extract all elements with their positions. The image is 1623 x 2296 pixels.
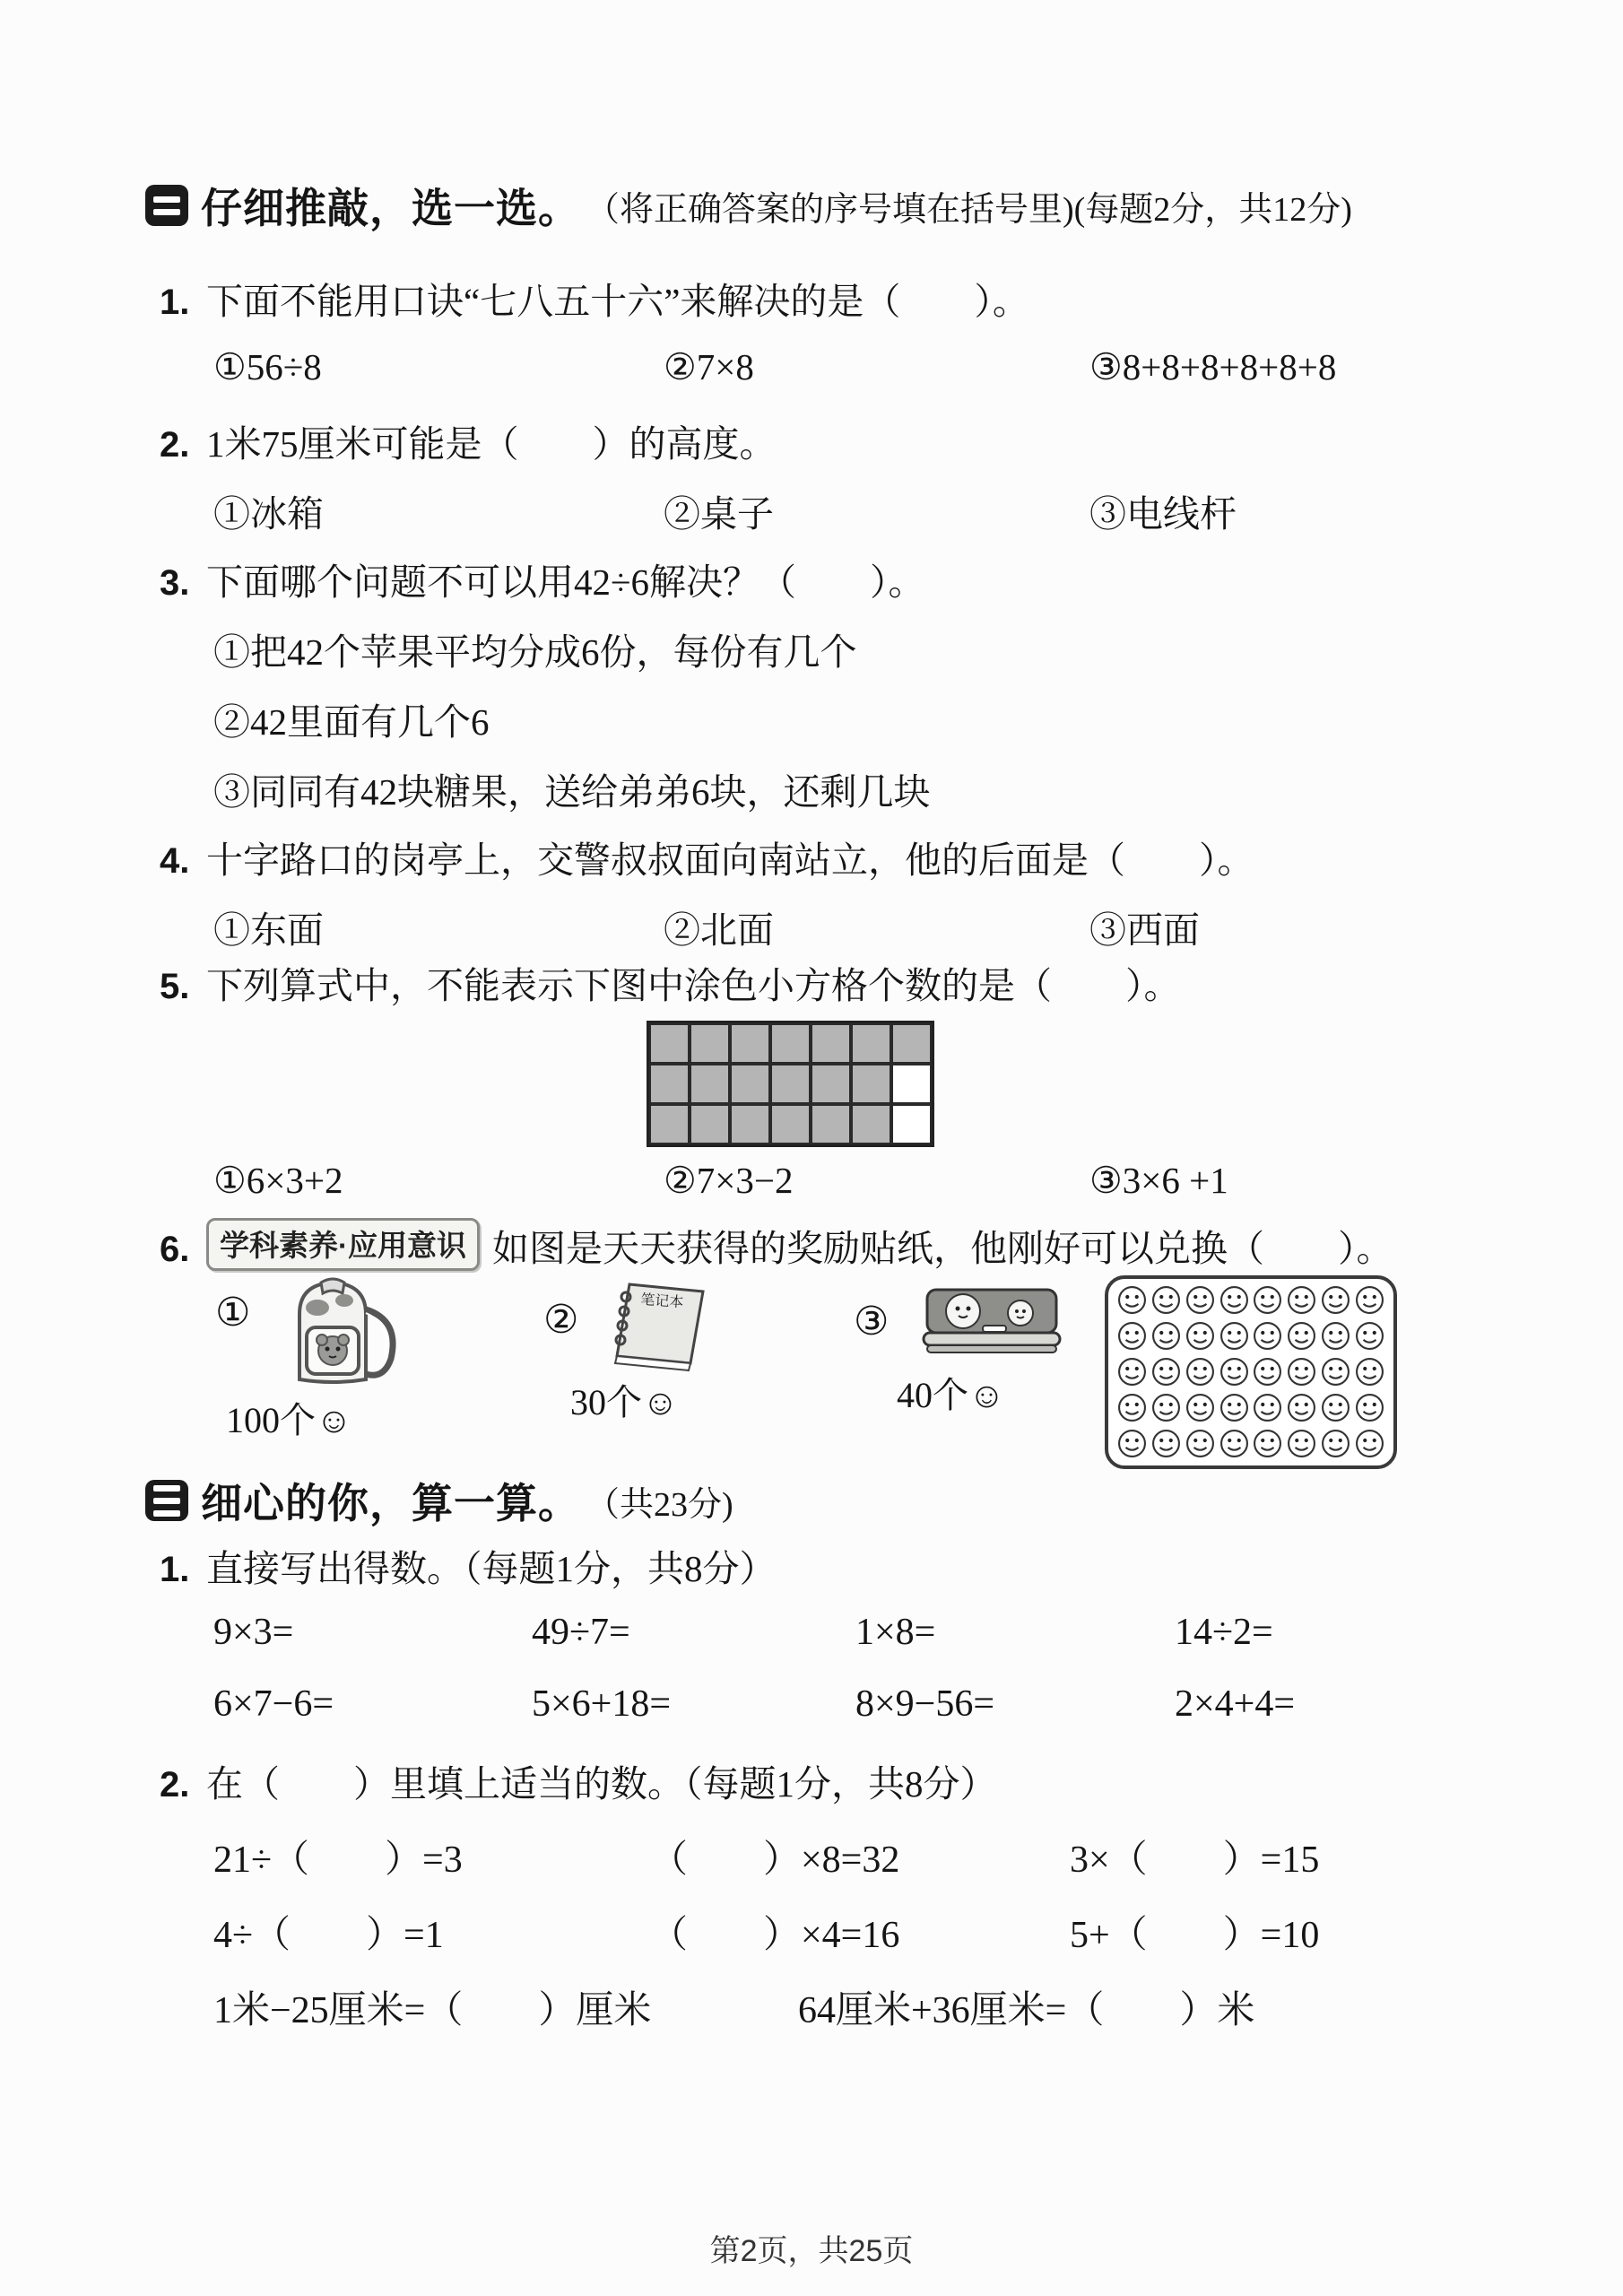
question-1: 1.下面不能用口诀“七八五十六”来解决的是（ ）。 [160,272,1029,325]
subsection-1-number: 1. [160,1550,206,1590]
smiley-sticker-icon [1185,1392,1216,1423]
smiley-sticker-icon [1252,1356,1283,1387]
option: ③西面 [1089,900,1200,953]
fill-item: 5+（ ）=10 [1070,1905,1319,1959]
option: ②桌子 [664,484,774,537]
smiley-sticker [1354,1356,1385,1392]
calc-row-2: 6×7−6= 5×6+18= 8×9−56= 2×4+4= [213,1683,1558,1733]
smiley-sticker [1354,1392,1385,1428]
smiley-sticker [1185,1428,1216,1464]
calc-item: 5×6+18= [532,1683,671,1726]
notebook-label-text: 笔记本 [640,1291,684,1310]
smiley-sticker [1286,1284,1317,1320]
smiley-sticker [1185,1284,1216,1320]
option: ③电线杆 [1089,484,1237,537]
smiley-sticker-icon [1185,1284,1216,1316]
smiley-sticker-icon [1252,1428,1283,1459]
calc-item: 1×8= [855,1611,935,1654]
smiley-sticker [1320,1320,1351,1356]
smiley-sticker-icon [1219,1356,1250,1387]
grid-cell-shaded [851,1023,891,1064]
subsection-1-text: 直接写出得数。 [206,1548,464,1589]
smiley-sticker-icon [1286,1356,1317,1387]
competency-tag-badge: 学科素养·应用意识 [206,1218,480,1271]
smiley-sticker [1286,1356,1317,1392]
question-2: 2.1米75厘米可能是（ ）的高度。 [160,414,777,467]
option: ①冰箱 [213,484,324,537]
smiley-sticker-icon [1219,1392,1250,1423]
grid-cell-shaded [690,1064,730,1104]
smiley-sticker [1219,1284,1250,1320]
option: ②北面 [664,900,774,953]
smiley-sticker [1252,1284,1283,1320]
smiley-sticker [1219,1356,1250,1392]
section-2-subtitle: （将正确答案的序号填在括号里)(每题2分，共12分) [586,181,1352,230]
question-5: 5.下列算式中，不能表示下图中涂色小方格个数的是（ ）。 [160,956,1181,1009]
section-2-title: 仔细推敲，选一选。 [201,176,580,235]
pencil-case-icon [920,1284,1063,1358]
option: ②7×3−2 [664,1159,794,1202]
backpack-icon [265,1274,427,1390]
grid-cell-shaded [851,1104,891,1144]
fill-item: 21÷（ ）=3 [213,1830,463,1883]
smiley-sticker-icon [1286,1320,1317,1352]
smiley-sticker [1286,1392,1317,1428]
smiley-sticker [1252,1320,1283,1356]
fill-item: 1米−25厘米=（ ）厘米 [213,1980,651,2034]
smiley-sticker-icon [1150,1392,1182,1423]
smiley-sticker [1150,1356,1182,1392]
notebook-icon: 笔记本 [603,1277,719,1376]
grid-cell-unshaded [891,1104,932,1144]
option: ①6×3+2 [213,1159,343,1202]
grid-cell-shaded [770,1023,811,1064]
smiley-sticker-icon [1320,1392,1351,1423]
question-4: 4.十字路口的岗亭上，交警叔叔面向南站立，他的后面是（ ）。 [160,831,1254,883]
section-3-title: 细心的你，算一算。 [201,1471,580,1530]
smiley-sticker [1354,1320,1385,1356]
question-5-text: 下列算式中，不能表示下图中涂色小方格个数的是（ ）。 [206,965,1181,1006]
fill-item: （ ）×4=16 [650,1905,899,1959]
calc-item: 2×4+4= [1175,1683,1295,1726]
grid-cell-shaded [649,1064,690,1104]
prize-3-caption: 40个☺ [897,1367,1005,1418]
question-1-text: 下面不能用口诀“七八五十六”来解决的是（ ）。 [206,281,1029,322]
smiley-sticker [1219,1428,1250,1464]
smiley-sticker [1354,1284,1385,1320]
smiley-sticker [1320,1356,1351,1392]
smiley-sticker-icon [1116,1284,1148,1316]
question-1-options: ①56÷8 ②7×8 ③8+8+8+8+8+8 [213,345,1558,396]
question-3-option-2: ②42里面有几个6 [213,692,490,745]
grid-cell-shaded [690,1104,730,1144]
question-6-text: 如图是天天获得的奖励贴纸，他刚好可以兑换（ ）。 [492,1228,1393,1269]
badge-bar [153,1498,180,1504]
smiley-sticker-icon [1150,1356,1182,1387]
fill-row-2: 4÷（ ）=1 （ ）×4=16 5+（ ）=10 [213,1905,1558,1955]
smiley-sticker-icon [1354,1356,1385,1387]
grid-cell-shaded [811,1104,851,1144]
smiley-sticker [1185,1320,1216,1356]
smiley-sticker-icon [1116,1428,1148,1459]
grid-cell-shaded [851,1064,891,1104]
question-3-text: 下面哪个问题不可以用42÷6解决？（ ）。 [206,561,925,603]
option: ③3×6 +1 [1089,1159,1228,1202]
grid-cell-shaded [649,1104,690,1144]
smiley-sticker-icon [1320,1284,1351,1316]
option: ③8+8+8+8+8+8 [1089,345,1336,388]
badge-bar [153,1510,180,1517]
smiley-sticker-icon [1150,1320,1182,1352]
question-6: 6.学科素养·应用意识如图是天天获得的奖励贴纸，他刚好可以兑换（ ）。 [160,1218,1393,1272]
section-3-header: 细心的你，算一算。 （共23分) [145,1471,733,1530]
question-2-text: 1米75厘米可能是（ ）的高度。 [206,423,777,465]
question-1-number: 1. [160,283,206,323]
smiley-sticker [1116,1428,1148,1464]
smiley-sticker-icon [1286,1392,1317,1423]
smiley-sticker-icon [1116,1392,1148,1423]
grid-cell-shaded [730,1023,770,1064]
smiley-sticker [1320,1392,1351,1428]
smiley-sticker-icon [1354,1392,1385,1423]
section-2-number-badge [145,185,188,226]
smiley-sticker-icon [1150,1428,1182,1459]
subsection-1-note: （每题1分，共8分） [464,1548,777,1589]
fill-item: （ ）×8=32 [650,1830,899,1883]
section-3-subtitle: （共23分) [586,1476,733,1526]
smiley-sticker [1219,1320,1250,1356]
smiley-sticker [1150,1392,1182,1428]
section-2-header: 仔细推敲，选一选。 （将正确答案的序号填在括号里)(每题2分，共12分) [145,176,1352,235]
calc-item: 49÷7= [532,1611,630,1654]
question-2-options: ①冰箱 ②桌子 ③电线杆 [213,484,1558,535]
shaded-squares-grid [647,1021,934,1147]
question-5-number: 5. [160,967,206,1007]
smiley-sticker [1116,1356,1148,1392]
smiley-sticker-icon [1354,1428,1385,1459]
calc-item: 9×3= [213,1611,293,1654]
worksheet-page: 仔细推敲，选一选。 （将正确答案的序号填在括号里)(每题2分，共12分) 1.下… [0,0,1623,2296]
prize-2-label: ② [543,1297,578,1343]
smiley-sticker-icon [1354,1284,1385,1316]
fill-item: 3×（ ）=15 [1070,1830,1319,1883]
prize-1-label: ① [215,1290,250,1335]
grid-cell-shaded [811,1064,851,1104]
fill-row-1: 21÷（ ）=3 （ ）×8=32 3×（ ）=15 [213,1830,1558,1880]
question-3-option-1: ①把42个苹果平均分成6份，每份有几个 [213,622,857,675]
smiley-sticker [1116,1392,1148,1428]
grid-cell-shaded [730,1104,770,1144]
smiley-sticker [1320,1284,1351,1320]
smiley-sticker-icon [1286,1428,1317,1459]
subsection-2-number: 2. [160,1765,206,1805]
prize-3-label: ③ [854,1299,889,1344]
calc-row-1: 9×3= 49÷7= 1×8= 14÷2= [213,1611,1558,1661]
smiley-sticker-icon [1185,1320,1216,1352]
smiley-sticker [1150,1284,1182,1320]
sticker-sheet [1105,1275,1397,1469]
grid-cell-shaded [649,1023,690,1064]
question-4-options: ①东面 ②北面 ③西面 [213,900,1558,951]
subsection-2-text: 在（ ）里填上适当的数。 [206,1763,684,1805]
question-2-number: 2. [160,425,206,465]
smiley-sticker [1252,1356,1283,1392]
prize-1-caption: 100个☺ [226,1392,352,1443]
question-6-number: 6. [160,1230,206,1270]
smiley-sticker-icon [1320,1320,1351,1352]
smiley-sticker-icon [1286,1284,1317,1316]
smiley-sticker-icon [1116,1356,1148,1387]
badge-bar [153,209,180,215]
subsection-2-note: （每题1分，共8分） [684,1763,997,1805]
smiley-sticker-icon [1252,1320,1283,1352]
question-4-text: 十字路口的岗亭上，交警叔叔面向南站立，他的后面是（ ）。 [206,839,1254,881]
fill-item: 64厘米+36厘米=（ ）米 [798,1980,1254,2034]
smiley-sticker-icon [1185,1356,1216,1387]
badge-bar [153,196,180,203]
question-3-number: 3. [160,563,206,604]
smiley-sticker [1320,1428,1351,1464]
smiley-sticker [1185,1392,1216,1428]
section-3-number-badge [145,1480,188,1521]
calc-item: 6×7−6= [213,1683,334,1726]
question-4-number: 4. [160,841,206,882]
grid-cell-shaded [891,1023,932,1064]
smiley-sticker [1354,1428,1385,1464]
smiley-sticker-icon [1320,1428,1351,1459]
smiley-sticker-icon [1354,1320,1385,1352]
smiley-sticker-icon [1150,1284,1182,1316]
question-3: 3.下面哪个问题不可以用42÷6解决？（ ）。 [160,552,925,605]
smiley-sticker-icon [1116,1320,1148,1352]
grid-cell-shaded [690,1023,730,1064]
smiley-sticker-icon [1185,1428,1216,1459]
page-indicator: 第2页，共25页 [0,2226,1623,2270]
question-3-option-3: ③同同有42块糖果，送给弟弟6块，还剩几块 [213,762,931,815]
calc-item: 8×9−56= [855,1683,994,1726]
smiley-sticker [1116,1284,1148,1320]
smiley-sticker [1252,1428,1283,1464]
smiley-sticker [1252,1392,1283,1428]
fill-row-3: 1米−25厘米=（ ）厘米 64厘米+36厘米=（ ）米 [213,1980,1558,2031]
question-5-options: ①6×3+2 ②7×3−2 ③3×6 +1 [213,1159,1558,1209]
option: ①东面 [213,900,324,953]
badge-bar [153,1485,180,1492]
calc-item: 14÷2= [1175,1611,1273,1654]
grid-cell-unshaded [891,1064,932,1104]
smiley-sticker-icon [1252,1284,1283,1316]
prize-2-caption: 30个☺ [570,1374,679,1425]
smiley-sticker-icon [1219,1284,1250,1316]
fill-subsection-2-heading: 2.在（ ）里填上适当的数。（每题1分，共8分） [160,1754,997,1807]
smiley-sticker [1286,1428,1317,1464]
option: ②7×8 [664,345,754,388]
smiley-sticker [1185,1356,1216,1392]
smiley-sticker [1286,1320,1317,1356]
fill-item: 4÷（ ）=1 [213,1905,444,1959]
grid-cell-shaded [730,1064,770,1104]
option: ①56÷8 [213,345,322,388]
smiley-sticker [1219,1392,1250,1428]
calc-subsection-1-heading: 1.直接写出得数。（每题1分，共8分） [160,1539,777,1592]
smiley-sticker-icon [1320,1356,1351,1387]
smiley-sticker-icon [1219,1320,1250,1352]
grid-cell-shaded [811,1023,851,1064]
smiley-sticker-icon [1252,1392,1283,1423]
grid-cell-shaded [770,1064,811,1104]
smiley-sticker [1116,1320,1148,1356]
smiley-sticker [1150,1320,1182,1356]
smiley-sticker-icon [1219,1428,1250,1459]
grid-cell-shaded [770,1104,811,1144]
smiley-sticker [1150,1428,1182,1464]
